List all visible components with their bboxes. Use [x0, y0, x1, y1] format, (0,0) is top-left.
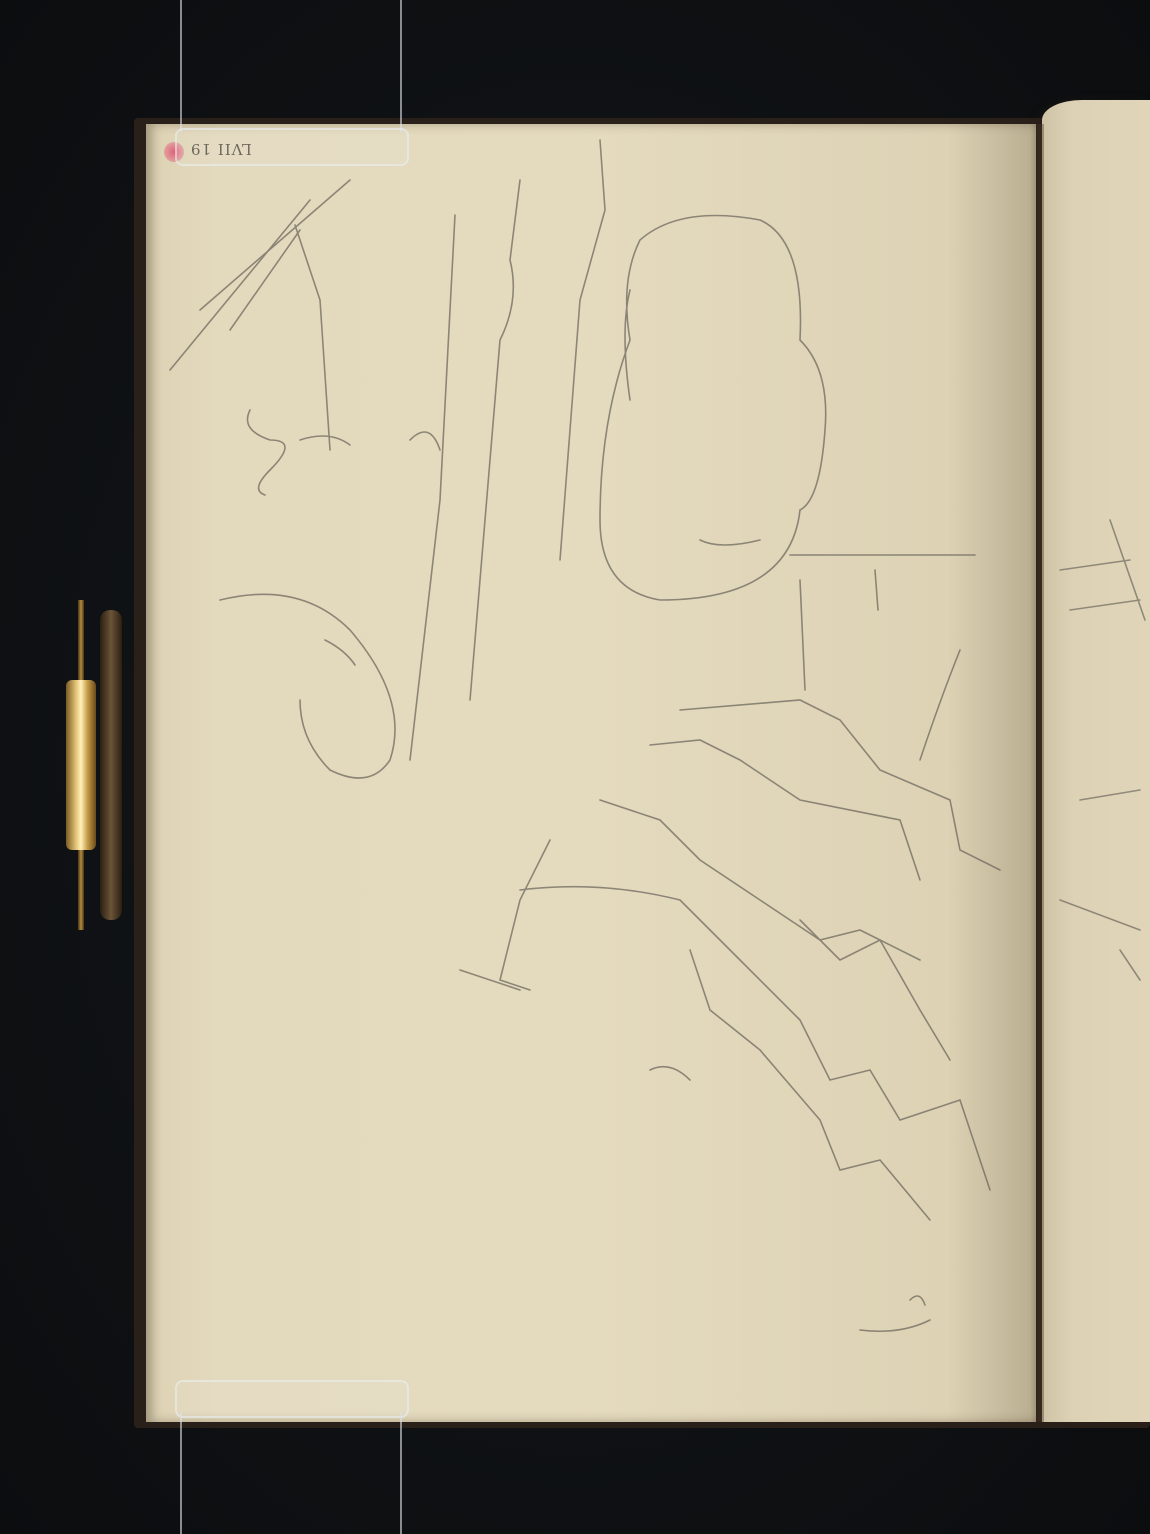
clip-wire-bottom-left	[180, 1412, 182, 1534]
pencil-sketch	[0, 0, 1150, 1534]
page-clip-top	[175, 128, 409, 166]
clip-wire-top-left	[180, 0, 182, 132]
page-clip-bottom	[175, 1380, 409, 1418]
clip-wire-top-right	[400, 0, 402, 132]
clip-wire-bottom-right	[400, 1412, 402, 1534]
